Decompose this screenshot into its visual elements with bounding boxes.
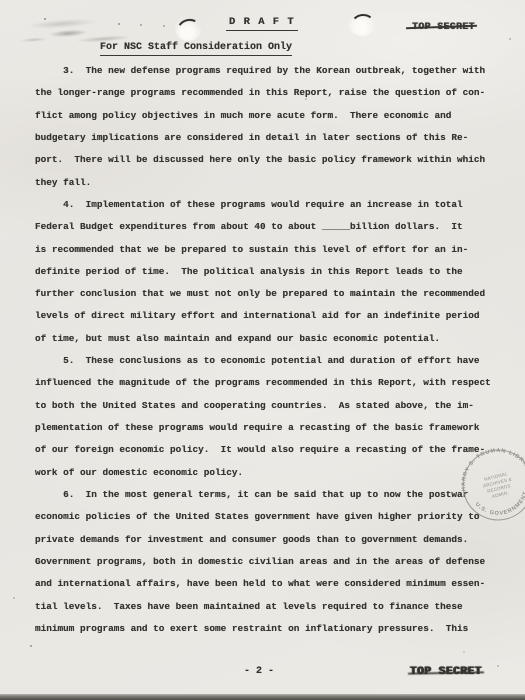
text-line: economic policies of the United States g… [35, 506, 497, 528]
draft-heading: D R A F T [226, 16, 298, 31]
text-line: of time, but must also maintain and expa… [35, 328, 497, 350]
text-line: port. There will be discussed here only … [35, 149, 497, 171]
text-line: further conclusion that we must not only… [35, 283, 497, 305]
text-line: is recommended that we be prepared to su… [35, 239, 497, 261]
document-body: 3. The new defense programs required by … [35, 60, 497, 640]
text-line: Federal Budget expenditures from about 4… [35, 216, 497, 238]
punch-hole-left [177, 19, 200, 39]
text-line: minimum programs and to exert some restr… [35, 618, 497, 640]
text-line: budgetary implications are considered in… [35, 127, 497, 149]
text-line: tial levels. Taxes have been maintained … [35, 596, 497, 618]
text-line: plementation of these programs would req… [35, 417, 497, 439]
classification-stamp-top: TOP SECRET [412, 21, 475, 32]
text-line: and international affairs, have been hel… [35, 573, 497, 595]
text-line: of our foreign economic policy. It would… [35, 439, 497, 461]
text-line: levels of direct military effort and int… [35, 305, 497, 327]
text-line: 5. These conclusions as to economic pote… [35, 350, 497, 372]
scan-speckles [0, 0, 2, 2]
text-line: private demands for investment and consu… [35, 529, 497, 551]
text-line: definite period of time. The political a… [35, 261, 497, 283]
text-line: 3. The new defense programs required by … [35, 60, 497, 82]
page-number: - 2 - [244, 666, 274, 677]
text-line: 6. In the most general terms, it can be … [35, 484, 497, 506]
punch-hole-right [351, 14, 374, 34]
scan-bottom-edge [0, 694, 525, 700]
text-line: to both the United States and cooperatin… [35, 395, 497, 417]
text-line: influenced the magnitude of the programs… [35, 372, 497, 394]
text-line: Government programs, both in domestic ci… [35, 551, 497, 573]
text-line: 4. Implementation of these programs woul… [35, 194, 497, 216]
text-line: work of our domestic economic policy. [35, 462, 497, 484]
subtitle-heading: For NSC Staff Consideration Only [100, 42, 292, 56]
document-page: D R A F T TOP SECRET For NSC Staff Consi… [0, 0, 525, 700]
classification-stamp-bottom: TOP SECRET [410, 666, 482, 678]
text-line: they fall. [35, 172, 497, 194]
text-line: the longer-range programs recommended in… [35, 82, 497, 104]
text-line: flict among policy objectives in much mo… [35, 105, 497, 127]
